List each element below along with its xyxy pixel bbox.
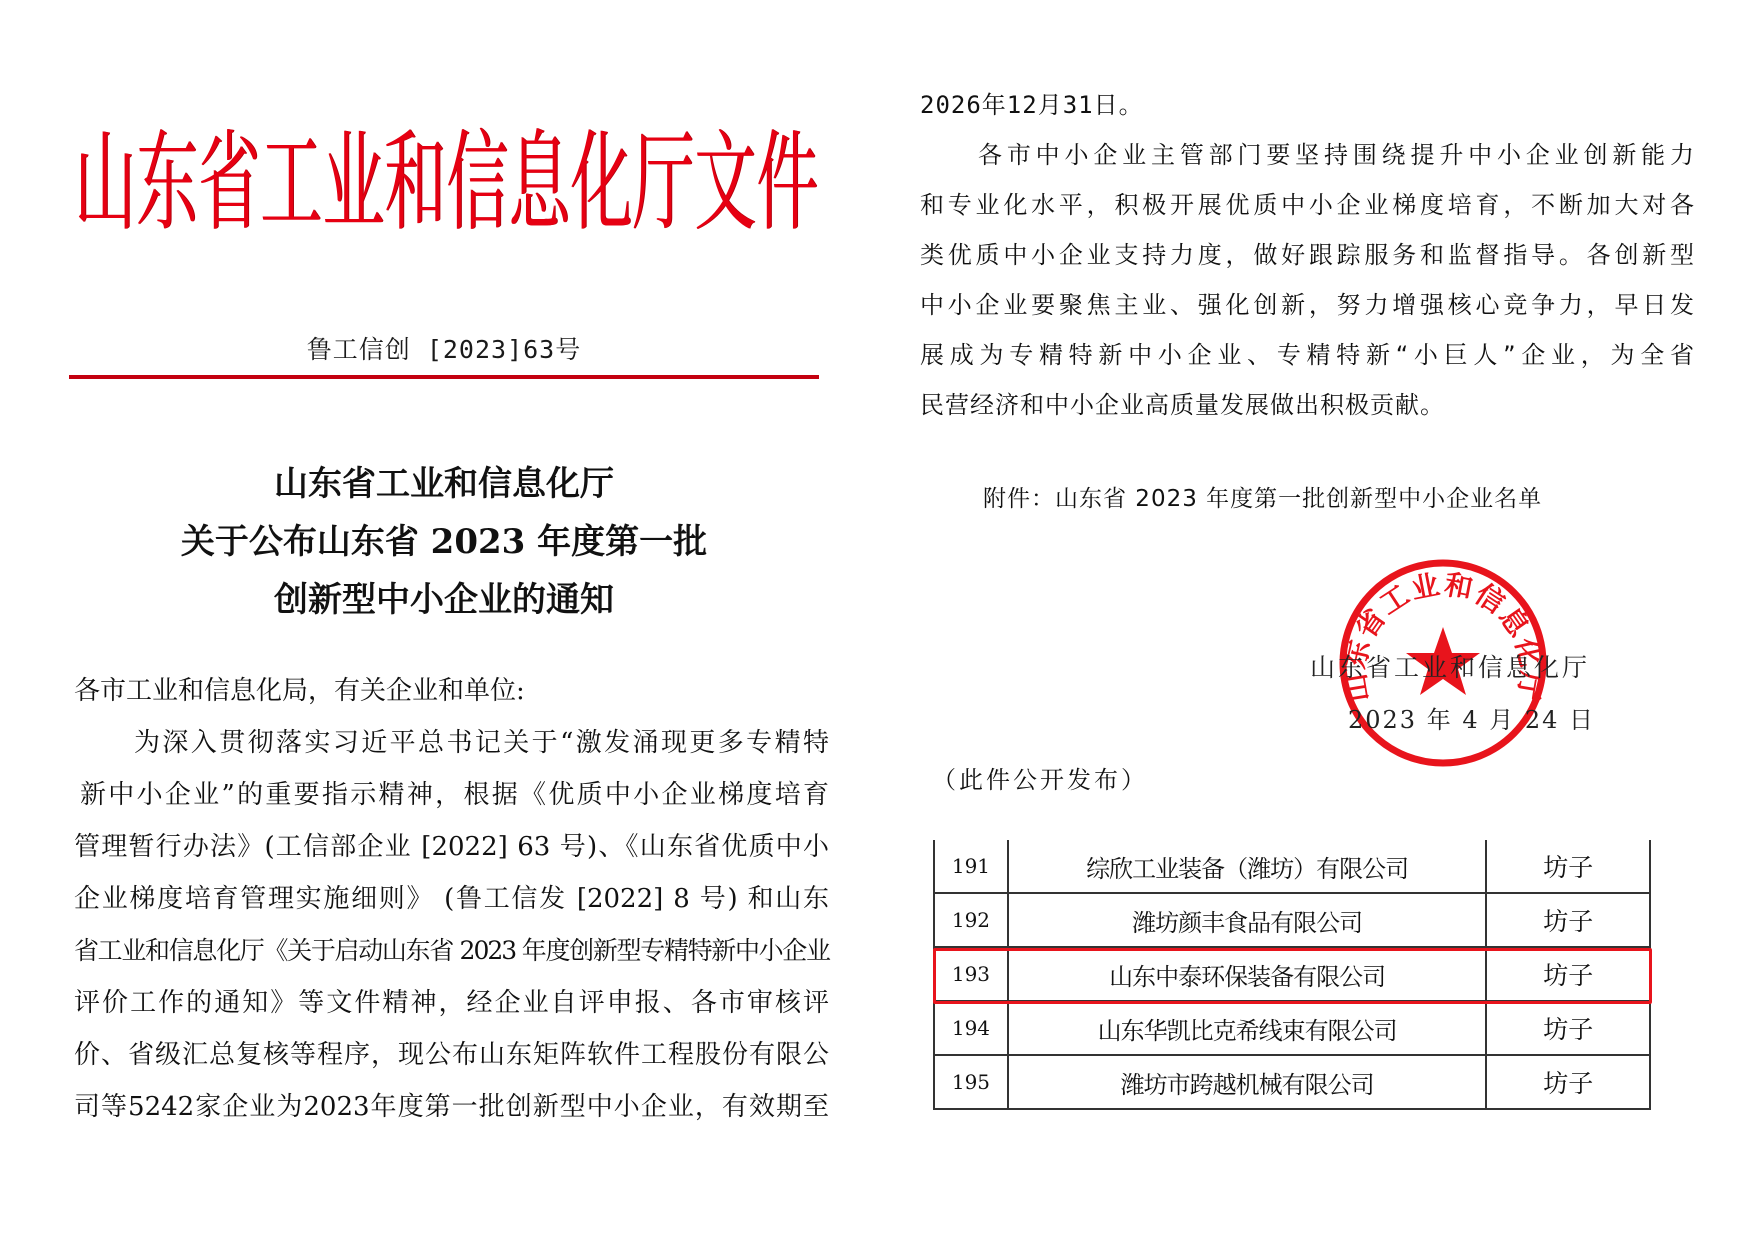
document-number: 鲁工信创 [2023]63号 <box>69 330 819 366</box>
attachment-label: 附件：山东省 2023 年度第一批创新型中小企业名单 <box>983 480 1542 513</box>
notice-body-right: 2026年12月31日。 各市中小企业主管部门要坚持围绕提升中小企业创新能力 和… <box>920 80 1695 430</box>
masthead-char: 东 <box>136 129 198 238</box>
table-row-highlighted: 193 山东中泰环保装备有限公司 坊子 <box>934 947 1650 1001</box>
company-name: 综欣工业装备（潍坊）有限公司 <box>1008 840 1487 893</box>
body-line: 类优质中小企业支持力度，做好跟踪服务和监督指导。各创新型 <box>920 230 1695 280</box>
red-divider <box>69 375 819 379</box>
title-line-3: 创新型中小企业的通知 <box>69 571 819 629</box>
table-row: 195 潍坊市跨越机械有限公司 坊子 <box>934 1055 1650 1109</box>
masthead-char: 息 <box>508 129 570 238</box>
public-release-note: （此件公开发布） <box>932 760 1148 795</box>
masthead-title: 山 东 省 工 业 和 信 息 化 厅 文 件 <box>74 118 814 248</box>
row-number: 193 <box>934 947 1008 1001</box>
body-line: 各市中小企业主管部门要坚持围绕提升中小企业创新能力 <box>920 130 1695 180</box>
body-line: 管理暂行办法》(工信部企业 [2022] 63 号)、《山东省优质中小 <box>74 821 829 873</box>
district: 坊子 <box>1486 1001 1650 1055</box>
masthead-char: 件 <box>756 129 818 238</box>
body-line: 民营经济和中小企业高质量发展做出积极贡献。 <box>920 380 1695 430</box>
salutation: 各市工业和信息化局，有关企业和单位: <box>74 665 829 717</box>
row-number: 192 <box>934 893 1008 947</box>
company-name: 潍坊市跨越机械有限公司 <box>1008 1055 1487 1109</box>
table-row: 191 综欣工业装备（潍坊）有限公司 坊子 <box>934 840 1650 893</box>
table-row: 194 山东华凯比克希线束有限公司 坊子 <box>934 1001 1650 1055</box>
validity-date: 2026年12月31日。 <box>920 80 1695 130</box>
signing-date: 2023 年 4 月 24 日 <box>1348 700 1600 735</box>
masthead-char: 文 <box>694 129 756 238</box>
district: 坊子 <box>1486 840 1650 893</box>
masthead-char: 厅 <box>632 129 694 238</box>
body-line: 中小企业要聚焦主业、强化创新，努力增强核心竞争力，早日发 <box>920 280 1695 330</box>
body-line: 企业梯度培育管理实施细则》 (鲁工信发 [2022] 8 号) 和山东 <box>74 873 829 925</box>
body-line: 价、省级汇总复核等程序，现公布山东矩阵软件工程股份有限公 <box>74 1029 829 1081</box>
body-line: 为深入贯彻落实习近平总书记关于“激发涌现更多专精特 <box>74 717 829 769</box>
body-line: 新中小企业”的重要指示精神，根据《优质中小企业梯度培育 <box>74 769 829 821</box>
company-list-table: 191 综欣工业装备（潍坊）有限公司 坊子 192 潍坊颜丰食品有限公司 坊子 … <box>933 840 1651 1110</box>
masthead-char: 省 <box>198 129 260 238</box>
table-row: 192 潍坊颜丰食品有限公司 坊子 <box>934 893 1650 947</box>
row-number: 195 <box>934 1055 1008 1109</box>
notice-title: 山东省工业和信息化厅 关于公布山东省 2023 年度第一批 创新型中小企业的通知 <box>69 455 819 629</box>
row-number: 194 <box>934 1001 1008 1055</box>
masthead-char: 信 <box>446 129 508 238</box>
body-line: 和专业化水平，积极开展优质中小企业梯度培育，不断加大对各 <box>920 180 1695 230</box>
district: 坊子 <box>1486 947 1650 1001</box>
masthead-char: 化 <box>570 129 632 238</box>
masthead-char: 工 <box>260 129 322 238</box>
notice-body-left: 各市工业和信息化局，有关企业和单位: 为深入贯彻落实习近平总书记关于“激发涌现更… <box>74 665 829 1133</box>
row-number: 191 <box>934 840 1008 893</box>
company-name: 山东中泰环保装备有限公司 <box>1008 947 1487 1001</box>
body-line: 展成为专精特新中小企业、专精特新“小巨人”企业，为全省 <box>920 330 1695 380</box>
company-name: 潍坊颜丰食品有限公司 <box>1008 893 1487 947</box>
masthead-char: 山 <box>74 129 136 238</box>
title-line-1: 山东省工业和信息化厅 <box>69 455 819 513</box>
signature-block: 山东省工业和信息化厅 2023 年 4 月 24 日 <box>1310 648 1600 735</box>
signing-organization: 山东省工业和信息化厅 <box>1310 648 1600 684</box>
masthead-char: 业 <box>322 129 384 238</box>
masthead-char: 和 <box>384 129 446 238</box>
body-line: 评价工作的通知》等文件精神，经企业自评申报、各市审核评 <box>74 977 829 1029</box>
body-line: 司等5242家企业为2023年度第一批创新型中小企业，有效期至 <box>74 1081 829 1133</box>
district: 坊子 <box>1486 1055 1650 1109</box>
title-line-2: 关于公布山东省 2023 年度第一批 <box>69 513 819 571</box>
company-name: 山东华凯比克希线束有限公司 <box>1008 1001 1487 1055</box>
district: 坊子 <box>1486 893 1650 947</box>
body-line: 省工业和信息化厅《关于启动山东省 2023 年度创新型专精特新中小企业 <box>74 925 829 977</box>
